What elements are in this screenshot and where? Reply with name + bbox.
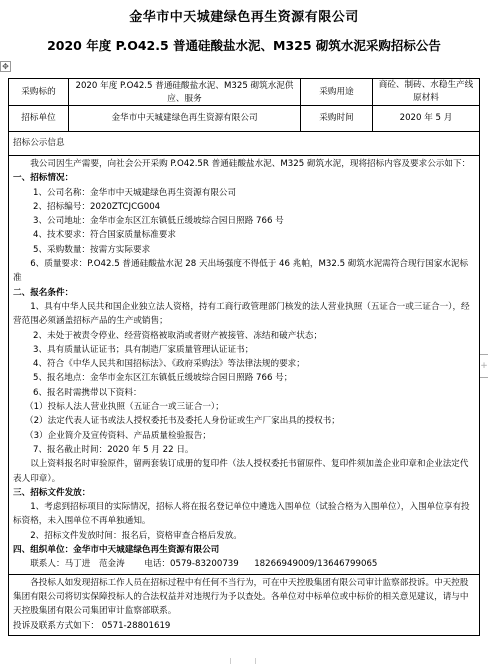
complaint-contact: 投诉及联系方式如下： 0571-28801619: [13, 619, 475, 633]
contact-names: 马丁进 范金涛: [65, 559, 125, 569]
complaint-row: 各投标人如发现招标工作人员在招标过程中有任何不当行为，可在中天控股集团有限公司审…: [9, 575, 479, 635]
section-heading-3: 三、招标文件发放：: [13, 486, 475, 500]
table-row-unit: 招标单位 金华市中天城建绿色再生资源有限公司 采购时间 2020 年 5 月: [9, 106, 479, 132]
value-purpose: 商砼、制砖、水稳生产线原材料: [373, 79, 479, 105]
section2-item: 1、具有中华人民共和国企业独立法人资格，持有工商行政管理部门核发的法人营业执照（…: [13, 300, 475, 329]
tender-table: 采购标的 2020 年度 P.O42.5 普通硅酸盐水泥、M325 砌筑水泥供应…: [8, 78, 480, 636]
contact-label: 联系人：: [30, 559, 64, 569]
section-heading-2: 二、报名条件：: [13, 286, 475, 300]
notice-title: 2020 年度 P.O42.5 普通硅酸盐水泥、M325 砌筑水泥采购招标公告: [0, 36, 488, 54]
company-title: 金华市中天城建绿色再生资源有限公司: [0, 6, 488, 25]
column-resize-marker: [230, 658, 256, 664]
label-purpose: 采购用途: [301, 79, 373, 105]
section3-item: 2、招标文件发放时间：报名后，资格审查合格后发放。: [13, 529, 475, 543]
section2-item: 3、具有质量认证证书；具有制造厂家质量管理认证证书；: [13, 343, 475, 357]
material-item: （3）企业简介及宣传资料、产品质量检验报告；: [13, 429, 475, 443]
table-row-subject: 采购标的 2020 年度 P.O42.5 普通硅酸盐水泥、M325 砌筑水泥供应…: [9, 79, 479, 106]
phone-number: 0579-83200739: [170, 559, 239, 569]
section2-item: 2、未处于被责令停业、经营资格被取消或者财产被接管、冻结和破产状态；: [13, 329, 475, 343]
label-unit: 招标单位: [9, 106, 69, 131]
value-unit: 金华市中天城建绿色再生资源有限公司: [69, 106, 301, 131]
mobile-numbers: 18266949009/13646799065: [254, 559, 377, 569]
materials-note: 以上资料报名时审验原件，留两套装订成册的复印件（法人授权委托书留原件、复印件须加…: [13, 457, 475, 486]
section1-item: 2、招标编号：2020ZTCJCG004: [13, 200, 475, 214]
complaint-phone: 0571-28801619: [102, 621, 171, 631]
label-subject: 采购标的: [9, 79, 69, 105]
section-heading-4: 四、组织单位：金华市中天城建绿色再生资源有限公司: [13, 543, 475, 557]
section1-item: 6、质量要求：P.O42.5 普通硅酸盐水泥 28 天出场强度不得低于 46 兆…: [13, 257, 475, 286]
deadline-text: 7、报名截止时间：2020 年 5 月 22 日。: [13, 443, 475, 457]
section1-item: 3、公司地址：金华市金东区江东镇低丘缓坡综合园日照路 766 号: [13, 214, 475, 228]
section1-item: 1、公司名称：金华市中天城建绿色再生资源有限公司: [13, 186, 475, 200]
section-heading-1: 一、招标情况：: [13, 171, 475, 185]
section3-item: 1、考虑到招标项目的实际情况，招标人将在报名登记单位中遴选入围单位（试验合格为入…: [13, 500, 475, 529]
info-header-row: 招标公示信息: [9, 132, 479, 156]
material-item: （2）法定代表人证书或法人授权委托书及委托人身份证或生产厂家出具的授权书；: [13, 414, 475, 428]
label-time: 采购时间: [301, 106, 373, 131]
section2-item: 6、报名时需携带以下资料：: [13, 386, 475, 400]
phone-label: 电话：: [144, 559, 170, 569]
value-subject: 2020 年度 P.O42.5 普通硅酸盐水泥、M325 砌筑水泥供应、服务: [69, 79, 301, 105]
table-move-handle-icon[interactable]: ✥: [0, 61, 11, 72]
section2-item: 5、报名地点：金华市金东区江东镇低丘缓坡综合园日照路 766 号；: [13, 371, 475, 385]
info-header: 招标公示信息: [9, 132, 69, 155]
section1-item: 4、技术要求：符合国家质量标准要求: [13, 228, 475, 242]
value-time: 2020 年 5 月: [373, 106, 479, 131]
material-item: （1）投标人法人营业执照（五证合一或三证合一）；: [13, 400, 475, 414]
section1-item: 5、采购数量：按需方实际要求: [13, 243, 475, 257]
add-row-button[interactable]: +: [480, 354, 488, 378]
contact-line: 联系人：马丁进 范金涛 电话：0579-83200739 18266949009…: [13, 557, 475, 571]
complaint-cell: 各投标人如发现招标工作人员在招标过程中有任何不当行为，可在中天控股集团有限公司审…: [9, 575, 479, 635]
complaint-text: 各投标人如发现招标工作人员在招标过程中有任何不当行为，可在中天控股集团有限公司审…: [13, 576, 475, 619]
complaint-contact-label: 投诉及联系方式如下：: [13, 621, 99, 631]
info-body-row: 我公司因生产需要，向社会公开采购 P.O42.5R 普通硅酸盐水泥、M325 砌…: [9, 156, 479, 575]
section2-item: 4、符合《中华人民共和国招标法》、《政府采购法》等法律法规的要求；: [13, 357, 475, 371]
intro-text: 我公司因生产需要，向社会公开采购 P.O42.5R 普通硅酸盐水泥、M325 砌…: [13, 157, 475, 171]
info-body: 我公司因生产需要，向社会公开采购 P.O42.5R 普通硅酸盐水泥、M325 砌…: [9, 156, 479, 574]
